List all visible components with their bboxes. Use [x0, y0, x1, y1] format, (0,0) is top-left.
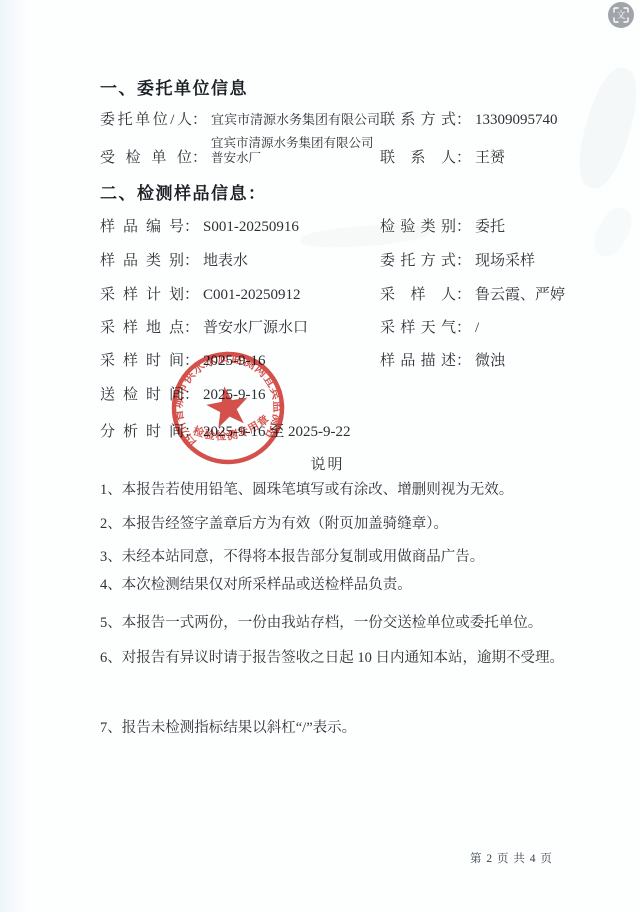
- field-value: 宜宾市清源水务集团有限公司: [211, 109, 380, 128]
- field-value: 委托: [475, 215, 505, 236]
- field-value: 2025-9-16: [203, 353, 266, 370]
- field-label: 采样人: [380, 283, 456, 304]
- translate-glyph: 文: [616, 9, 625, 20]
- field-value: 13309095740: [475, 112, 558, 129]
- translate-icon: 文: [613, 7, 629, 23]
- field-value: S001-20250916: [203, 219, 299, 236]
- colon: ：: [184, 316, 199, 337]
- colon: ：: [192, 146, 207, 167]
- sample-row: 分析时间：2025-9-16 至 2025-9-22: [100, 420, 560, 441]
- field-label: 受检单位: [100, 146, 192, 167]
- sample-row: 样品编号：S001-20250916 检验类别：委托: [100, 215, 560, 236]
- sample-row: 采样地点：普安水厂源水口 采样天气：/: [100, 316, 560, 337]
- scan-artifact: [588, 202, 639, 262]
- client-section-heading: 一、委托单位信息: [100, 74, 248, 99]
- field-value: 2025-9-16: [203, 387, 266, 404]
- page-indicator: 第 2 页 共 4 页: [470, 850, 553, 866]
- field-value: /: [475, 320, 479, 337]
- report-page: 文 一、委托单位信息 委托单位/人：宜宾市清源水务集团有限公司 联系方式：133…: [0, 0, 640, 912]
- field-label: 联系人: [380, 146, 456, 167]
- field-label: 分析时间: [100, 420, 184, 441]
- colon: ：: [456, 283, 471, 304]
- field-value: 2025-9-16 至 2025-9-22: [203, 420, 350, 441]
- field-label: 采样计划: [100, 283, 184, 304]
- field-label: 采样时间: [100, 349, 184, 370]
- note-item: 6、对报告有异议时请于报告签收之日起 10 日内通知本站，逾期不受理。: [100, 641, 564, 676]
- colon: ：: [184, 349, 199, 370]
- inspected-unit-row: 受检单位：宜宾市清源水务集团有限公司 普安水厂 联系人：王赟: [100, 140, 560, 167]
- colon: ：: [456, 108, 471, 129]
- field-value: 现场采样: [475, 249, 535, 270]
- field-label: 送检时间: [100, 383, 184, 404]
- client-row: 委托单位/人：宜宾市清源水务集团有限公司 联系方式：13309095740: [100, 108, 560, 129]
- colon: ：: [456, 316, 471, 337]
- note-item: 7、报告未检测指标结果以斜杠“/”表示。: [100, 711, 564, 746]
- translate-button[interactable]: 文: [608, 2, 634, 28]
- field-label: 委托方式: [380, 249, 456, 270]
- field-value-line1: 宜宾市清源水务集团有限公司: [211, 136, 374, 150]
- field-label: 样品类别: [100, 249, 184, 270]
- field-value: C001-20250912: [203, 287, 301, 304]
- colon: ：: [184, 215, 199, 236]
- note-item: 4、本次检测结果仅对所采样品或送检样品负责。: [100, 568, 564, 603]
- field-value: 王赟: [475, 146, 505, 167]
- colon: ：: [456, 215, 471, 236]
- field-value: 地表水: [203, 249, 248, 270]
- field-value: 鲁云霞、严婷: [475, 283, 565, 304]
- field-value-line2: 普安水厂: [211, 151, 261, 165]
- field-label: 委托单位/人: [100, 108, 192, 129]
- colon: ：: [184, 383, 199, 404]
- field-label: 采样地点: [100, 316, 184, 337]
- colon: ：: [192, 108, 207, 129]
- field-value: 微浊: [475, 349, 505, 370]
- field-label: 检验类别: [380, 215, 456, 236]
- notes-title: 说明: [100, 453, 555, 474]
- sample-row: 送检时间：2025-9-16: [100, 383, 560, 404]
- field-value: 宜宾市清源水务集团有限公司 普安水厂: [211, 136, 391, 166]
- field-value: 普安水厂源水口: [203, 316, 308, 337]
- field-label: 采样天气: [380, 316, 456, 337]
- sample-row: 样品类别：地表水 委托方式：现场采样: [100, 249, 560, 270]
- note-item: 5、本报告一式两份，一份由我站存档，一份交送检单位或委托单位。: [100, 606, 564, 641]
- field-label: 样品编号: [100, 215, 184, 236]
- colon: ：: [456, 249, 471, 270]
- colon: ：: [184, 283, 199, 304]
- note-item: 1、本报告若使用铅笔、圆珠笔填写或有涂改、增删则视为无效。: [100, 473, 564, 508]
- colon: ：: [456, 349, 471, 370]
- colon: ：: [184, 420, 199, 441]
- sample-row: 采样计划：C001-20250912 采样人：鲁云霞、严婷: [100, 283, 560, 304]
- sample-section-heading: 二、检测样品信息：: [100, 179, 267, 204]
- scan-artifact: [570, 62, 640, 193]
- field-label: 样品描述: [380, 349, 456, 370]
- colon: ：: [184, 249, 199, 270]
- colon: ：: [456, 146, 471, 167]
- sample-row: 采样时间：2025-9-16 样品描述：微浊: [100, 349, 560, 370]
- note-item: 2、本报告经签字盖章后方为有效（附页加盖骑缝章）。: [100, 507, 564, 542]
- field-label: 联系方式: [380, 108, 456, 129]
